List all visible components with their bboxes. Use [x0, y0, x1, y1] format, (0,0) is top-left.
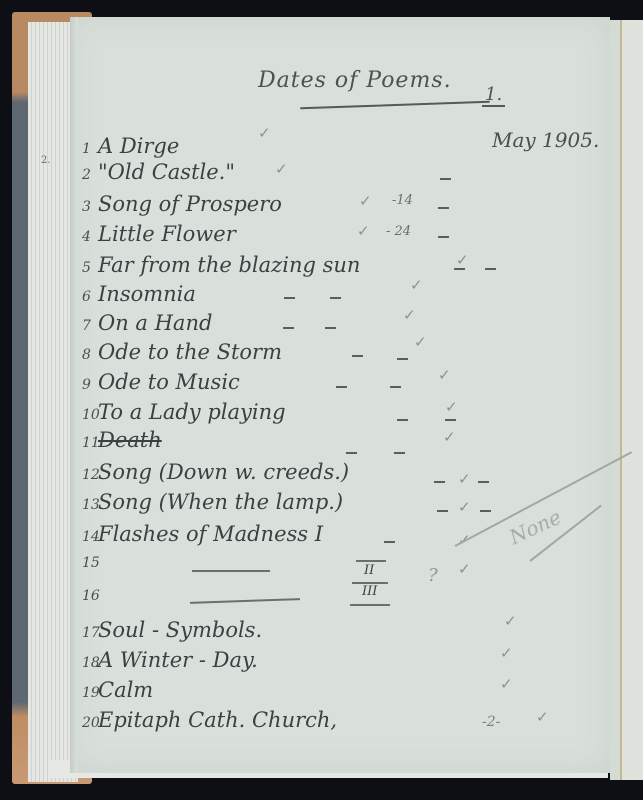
dash — [454, 268, 465, 270]
entry-number: 12 — [82, 467, 98, 483]
note-2: -2- — [482, 714, 500, 730]
dash — [352, 355, 363, 357]
check-icon: ✓ — [458, 560, 471, 578]
check-icon: ✓ — [357, 222, 370, 240]
poem-title: Flashes of Madness I — [98, 522, 323, 546]
poem-title: "Old Castle." — [98, 160, 235, 184]
entry-number: 15 — [82, 555, 98, 571]
list-item: 17 Soul - Symbols. — [82, 618, 262, 646]
entry-number: 8 — [82, 347, 98, 363]
poem-title: Song (Down w. creeds.) — [98, 460, 349, 484]
entry-number: 4 — [82, 229, 98, 245]
check-icon: ✓ — [458, 498, 471, 516]
dash — [440, 178, 451, 180]
entry-number: 17 — [82, 625, 98, 641]
folio-mark: 2. — [41, 155, 51, 166]
overline-ii — [356, 560, 386, 562]
list-item: 9 Ode to Music — [82, 370, 240, 398]
dash — [390, 386, 401, 388]
entry-number: 10 — [82, 407, 98, 423]
dash — [480, 510, 491, 512]
check-icon: ✓ — [456, 251, 469, 269]
dash — [397, 419, 408, 421]
list-item: 3 Song of Prospero — [82, 192, 282, 220]
poem-title: Song of Prospero — [98, 192, 282, 216]
dash — [478, 481, 489, 483]
note-24: - 24 — [386, 224, 411, 239]
list-item: 12 Song (Down w. creeds.) — [82, 460, 349, 488]
entry-number: 13 — [82, 497, 98, 513]
poem-title: Ode to Music — [98, 370, 240, 394]
date-heading: May 1905. — [492, 128, 599, 152]
dash — [437, 510, 448, 512]
list-item: 6 Insomnia — [82, 282, 196, 310]
dash — [445, 419, 456, 421]
entry-number: 20 — [82, 715, 98, 731]
list-item: 1 A Dirge — [82, 134, 179, 162]
page-edge-right — [610, 20, 643, 780]
list-item: 5 Far from the blazing sun — [82, 253, 360, 281]
entry-number: 14 — [82, 529, 98, 545]
poem-title: On a Hand — [98, 311, 212, 335]
check-icon: ✓ — [410, 276, 423, 294]
page-left-margin — [70, 17, 78, 773]
list-item: 11 Death — [82, 428, 162, 456]
list-item: 2 "Old Castle." — [82, 160, 235, 188]
dash — [325, 327, 336, 329]
list-item: 20 Epitaph Cath. Church, — [82, 708, 337, 736]
poem-title: A Winter - Day. — [98, 648, 258, 672]
entry-number: 7 — [82, 318, 98, 334]
entry-number: 2 — [82, 167, 98, 183]
check-icon: ✓ — [445, 398, 458, 416]
dash — [284, 297, 295, 299]
poem-title: Calm — [98, 678, 153, 702]
roman-iii: III — [362, 584, 377, 599]
list-item: 10 To a Lady playing — [82, 400, 286, 428]
entry-number: 19 — [82, 685, 98, 701]
poem-title: Song (When the lamp.) — [98, 490, 343, 514]
dash — [346, 452, 357, 454]
check-icon: ✓ — [258, 124, 271, 142]
list-item: 14 Flashes of Madness I — [82, 522, 323, 550]
underline-iii — [350, 604, 390, 606]
check-icon: ✓ — [403, 306, 416, 324]
check-icon: ✓ — [504, 612, 517, 630]
check-icon: ✓ — [458, 470, 471, 488]
poem-title: A Dirge — [98, 134, 179, 158]
blank-line-15 — [192, 570, 270, 572]
dash — [438, 236, 449, 238]
poem-title: Ode to the Storm — [98, 340, 282, 364]
poem-title: Death — [98, 428, 162, 452]
entry-number: 16 — [82, 588, 98, 604]
check-icon: ✓ — [359, 192, 372, 210]
dash — [336, 386, 347, 388]
poem-title: Soul - Symbols. — [98, 618, 262, 642]
entry-number: 11 — [82, 435, 98, 451]
dash — [330, 297, 341, 299]
entry-number: 18 — [82, 655, 98, 671]
page-title: Dates of Poems. — [258, 68, 452, 93]
list-item: 19 Calm — [82, 678, 153, 706]
list-item: 16 — [82, 588, 98, 616]
dash — [283, 327, 294, 329]
check-icon: ✓ — [275, 160, 288, 178]
poem-title: Little Flower — [98, 222, 236, 246]
check-icon: ✓ — [500, 675, 513, 693]
entry-number: 3 — [82, 199, 98, 215]
dash — [485, 268, 496, 270]
dash — [394, 452, 405, 454]
check-icon: ✓ — [443, 428, 456, 446]
poem-title: Far from the blazing sun — [98, 253, 360, 277]
dash — [438, 207, 449, 209]
entry-number: 1 — [82, 141, 98, 157]
list-item: 15 — [82, 555, 98, 583]
list-item: 8 Ode to the Storm — [82, 340, 282, 368]
poem-title: To a Lady playing — [98, 400, 286, 424]
poem-title: Epitaph Cath. Church, — [98, 708, 337, 732]
list-item: 7 On a Hand — [82, 311, 212, 339]
list-item: 4 Little Flower — [82, 222, 236, 250]
dash — [384, 541, 395, 543]
poem-title: Insomnia — [98, 282, 196, 306]
check-icon: ✓ — [438, 366, 451, 384]
dash — [434, 481, 445, 483]
list-item: 18 A Winter - Day. — [82, 648, 258, 676]
check-icon: ✓ — [500, 644, 513, 662]
check-icon: ✓ — [414, 333, 427, 351]
question-mark: ? — [428, 565, 438, 586]
roman-ii: II — [364, 563, 374, 578]
page-title-number: 1. — [482, 84, 505, 107]
dash — [397, 358, 408, 360]
note-14: -14 — [392, 193, 413, 208]
list-item: 13 Song (When the lamp.) — [82, 490, 343, 518]
entry-number: 9 — [82, 377, 98, 393]
entry-number: 6 — [82, 289, 98, 305]
check-icon: ✓ — [536, 708, 549, 726]
entry-number: 5 — [82, 260, 98, 276]
